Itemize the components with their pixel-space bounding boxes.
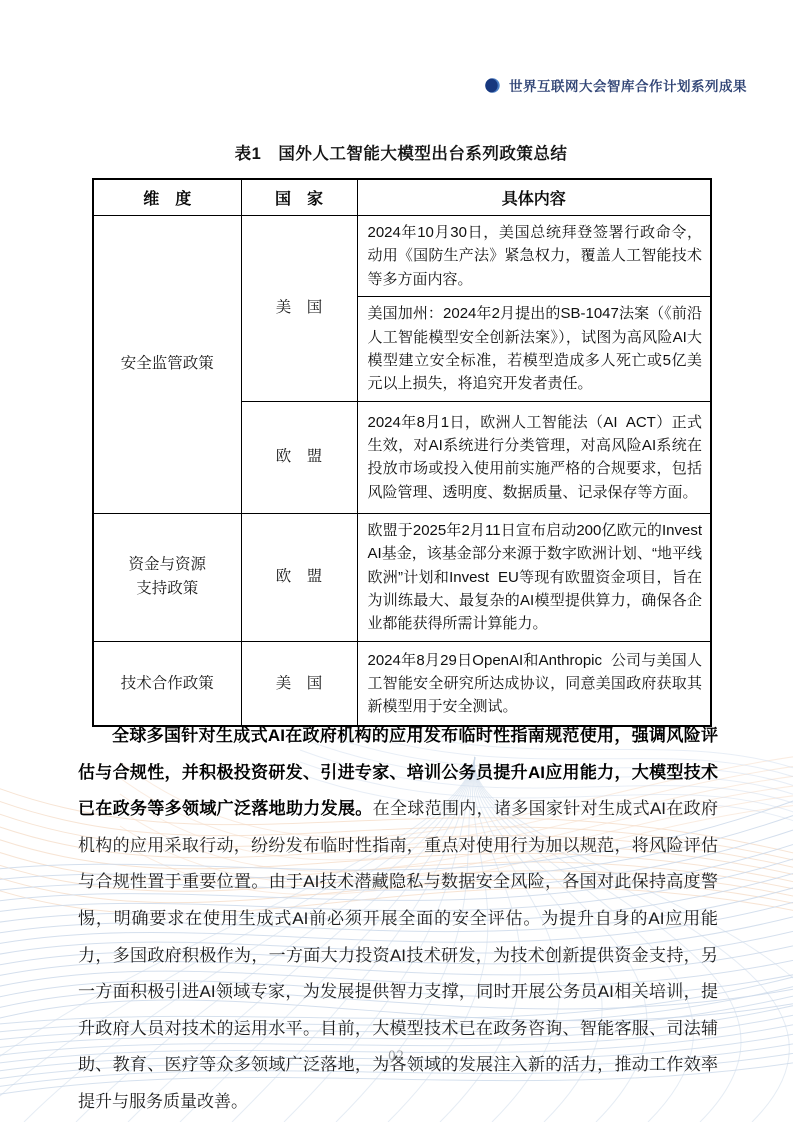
policy-table: 维 度 国 家 具体内容 安全监管政策 美 国 2024年10月30日，美国总统… [92,178,712,727]
cell-country-eu-funding: 欧 盟 [241,513,357,641]
page-header: 世界互联网大会智库合作计划系列成果 [484,75,747,95]
cell-content-us-openai-anthropic: 2024年8月29日OpenAI和Anthropic 公司与美国人工智能安全研究… [357,641,711,726]
brand-logo-icon [484,77,501,94]
table-header-row: 维 度 国 家 具体内容 [93,179,711,216]
document-page: 世界互联网大会智库合作计划系列成果 表1 国外人工智能大模型出台系列政策总结 维… [0,0,793,1122]
cell-country-eu: 欧 盟 [241,401,357,513]
cell-content-eu-invest-ai: 欧盟于2025年2月11日宣布启动200亿欧元的Invest AI基金，该基金部… [357,513,711,641]
column-header-country: 国 家 [241,179,357,216]
column-header-dimension: 维 度 [93,179,241,216]
cell-content-us-executive-order: 2024年10月30日，美国总统拜登签署行政命令，动用《国防生产法》紧急权力，覆… [357,216,711,297]
column-header-content: 具体内容 [357,179,711,216]
table-row: 技术合作政策 美 国 2024年8月29日OpenAI和Anthropic 公司… [93,641,711,726]
table-caption: 表1 国外人工智能大模型出台系列政策总结 [92,140,710,164]
brand-title: 世界互联网大会智库合作计划系列成果 [509,75,747,95]
cell-content-eu-ai-act: 2024年8月1日，欧洲人工智能法（AI ACT）正式生效，对AI系统进行分类管… [357,401,711,513]
table-row: 资金与资源 支持政策 欧 盟 欧盟于2025年2月11日宣布启动200亿欧元的I… [93,513,711,641]
cell-dimension-cooperation: 技术合作政策 [93,641,241,726]
cell-country-us: 美 国 [241,216,357,402]
cell-dimension-security: 安全监管政策 [93,216,241,514]
cell-content-us-sb1047: 美国加州：2024年2月提出的SB-1047法案（《前沿人工智能模型安全创新法案… [357,297,711,402]
cell-dimension-funding: 资金与资源 支持政策 [93,513,241,641]
cell-country-us-cooperation: 美 国 [241,641,357,726]
page-number: 02 [0,1048,793,1065]
table-row: 安全监管政策 美 国 2024年10月30日，美国总统拜登签署行政命令，动用《国… [93,216,711,297]
